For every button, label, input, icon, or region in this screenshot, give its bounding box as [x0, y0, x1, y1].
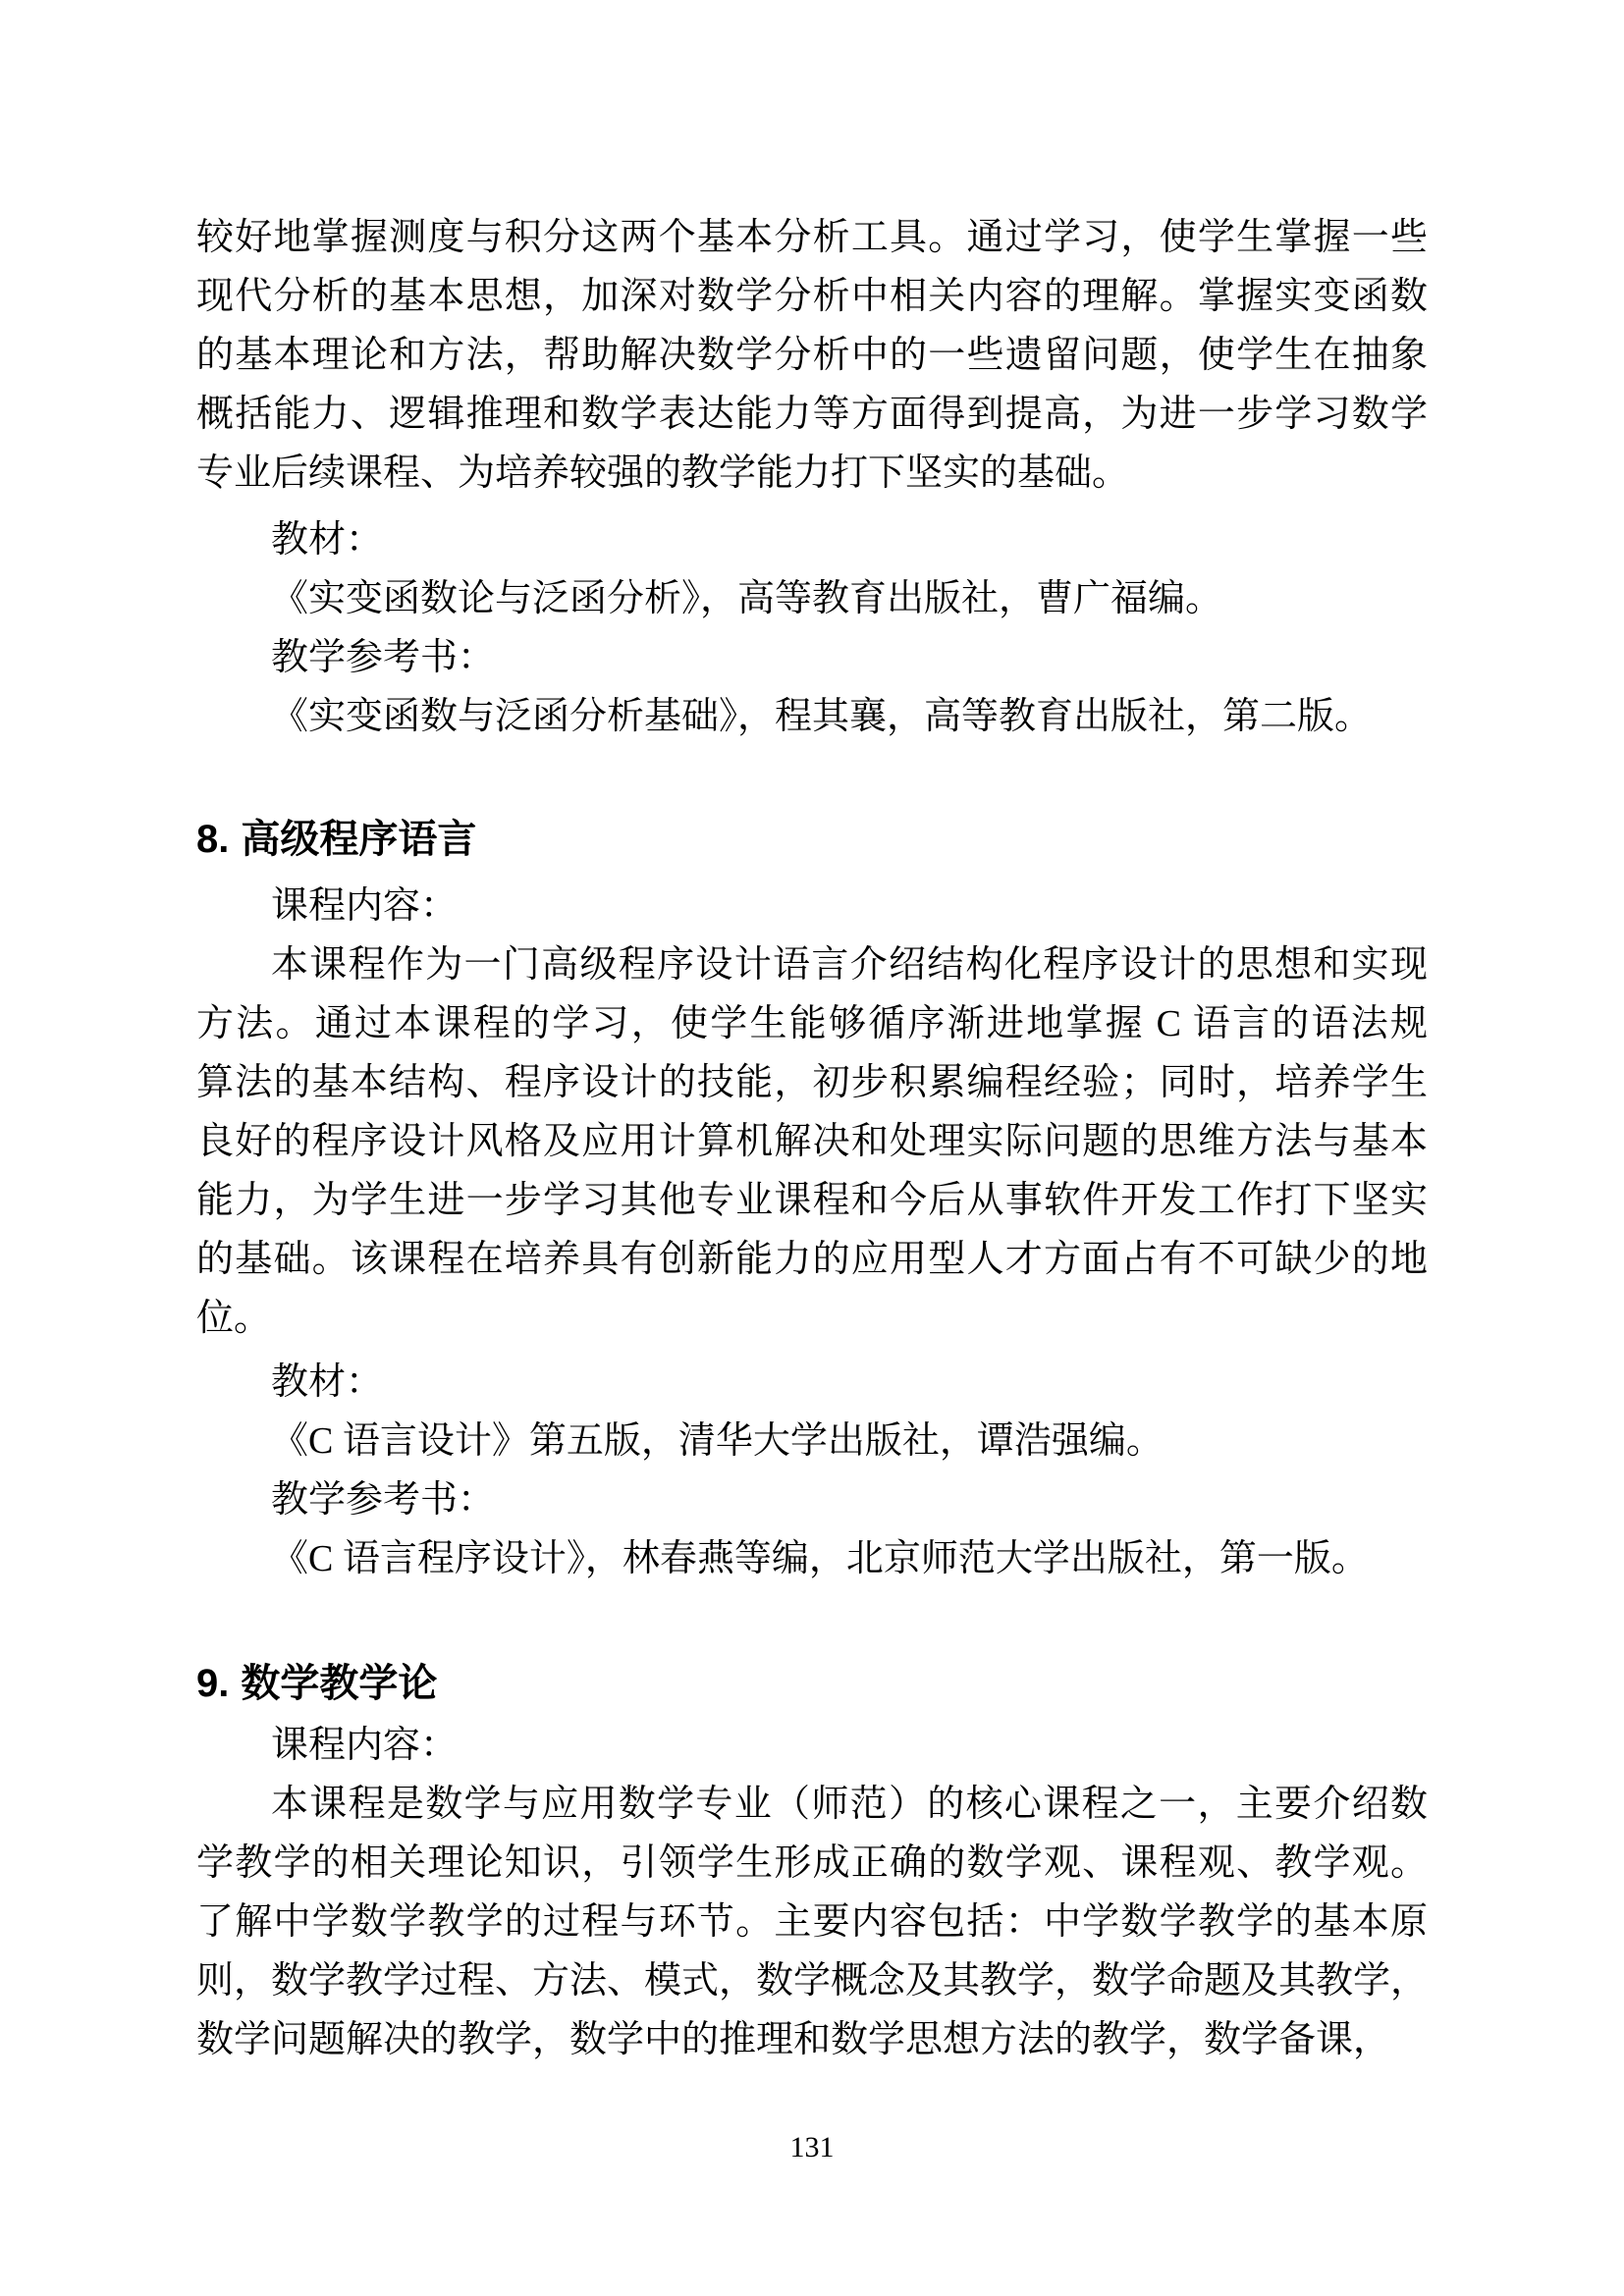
paragraph-line: 能力，为学生进一步学习其他专业课程和今后从事软件开发工作打下坚实: [196, 1171, 1428, 1230]
paragraph-line: 了解中学数学教学的过程与环节。主要内容包括：中学数学教学的基本原: [196, 1893, 1428, 1951]
course-description: 课程内容： 本课程是数学与应用数学专业（师范）的核心课程之一，主要介绍数 学教学…: [196, 1716, 1428, 2069]
section-heading: 9.数学教学论: [196, 1654, 1428, 1713]
course-description: 课程内容： 本课程作为一门高级程序设计语言介绍结构化程序设计的思想和实现 方法。…: [196, 877, 1428, 1348]
textbook-label: 教材：: [196, 510, 1428, 569]
paragraph-line: 学教学的相关理论知识，引领学生形成正确的数学观、课程观、教学观。: [196, 1834, 1428, 1893]
paragraph-line: 良好的程序设计风格及应用计算机解决和处理实际问题的思维方法与基本: [196, 1112, 1428, 1171]
section-title: 高级程序语言: [241, 817, 476, 861]
course-section-7-continued: 较好地掌握测度与积分这两个基本分析工具。通过学习，使学生掌握一些 现代分析的基本…: [196, 208, 1428, 746]
document-page: 较好地掌握测度与积分这两个基本分析工具。通过学习，使学生掌握一些 现代分析的基本…: [0, 0, 1624, 2296]
paragraph-line: 算法的基本结构、程序设计的技能，初步积累编程经验；同时，培养学生: [196, 1053, 1428, 1112]
section-number: 8.: [196, 818, 229, 861]
paragraph-line: 的基础。该课程在培养具有创新能力的应用型人才方面占有不可缺少的地: [196, 1230, 1428, 1289]
reference-label: 教学参考书：: [196, 1470, 1428, 1529]
paragraph-line: 本课程是数学与应用数学专业（师范）的核心课程之一，主要介绍数: [196, 1775, 1428, 1834]
reference-entry: 《C 语言程序设计》，林春燕等编，北京师范大学出版社，第一版。: [196, 1529, 1428, 1588]
textbook-entry: 《C 语言设计》第五版，清华大学出版社，谭浩强编。: [196, 1412, 1428, 1470]
section-number: 9.: [196, 1662, 229, 1705]
page-number: 131: [790, 2131, 835, 2163]
course-materials: 教材： 《C 语言设计》第五版，清华大学出版社，谭浩强编。 教学参考书： 《C …: [196, 1353, 1428, 1588]
textbook-label: 教材：: [196, 1353, 1428, 1412]
section-heading: 8.高级程序语言: [196, 810, 1428, 869]
course-materials: 教材： 《实变函数论与泛函分析》，高等教育出版社，曹广福编。 教学参考书： 《实…: [196, 510, 1428, 746]
paragraph-line: 位。: [196, 1289, 1428, 1348]
course-goal-paragraph: 较好地掌握测度与积分这两个基本分析工具。通过学习，使学生掌握一些 现代分析的基本…: [196, 208, 1428, 503]
paragraph-line: 专业后续课程、为培养较强的教学能力打下坚实的基础。: [196, 444, 1428, 503]
paragraph-line: 数学问题解决的教学，数学中的推理和数学思想方法的教学，数学备课，: [196, 2010, 1428, 2069]
paragraph-line: 较好地掌握测度与积分这两个基本分析工具。通过学习，使学生掌握一些: [196, 208, 1428, 267]
paragraph-line: 的基本理论和方法，帮助解决数学分析中的一些遗留问题，使学生在抽象: [196, 326, 1428, 385]
content-label: 课程内容：: [196, 877, 1428, 935]
page-footer: 131: [0, 2130, 1624, 2165]
page-content: 较好地掌握测度与积分这两个基本分析工具。通过学习，使学生掌握一些 现代分析的基本…: [196, 208, 1428, 2069]
reference-label: 教学参考书：: [196, 628, 1428, 687]
content-label: 课程内容：: [196, 1716, 1428, 1775]
paragraph-line: 方法。通过本课程的学习，使学生能够循序渐进地掌握 C 语言的语法规则、: [196, 994, 1428, 1053]
course-section-8: 8.高级程序语言 课程内容： 本课程作为一门高级程序设计语言介绍结构化程序设计的…: [196, 810, 1428, 1588]
paragraph-line: 现代分析的基本思想，加深对数学分析中相关内容的理解。掌握实变函数: [196, 267, 1428, 326]
textbook-entry: 《实变函数论与泛函分析》，高等教育出版社，曹广福编。: [196, 569, 1428, 628]
paragraph-line: 则，数学教学过程、方法、模式，数学概念及其教学，数学命题及其教学，: [196, 1951, 1428, 2010]
course-section-9: 9.数学教学论 课程内容： 本课程是数学与应用数学专业（师范）的核心课程之一，主…: [196, 1654, 1428, 2069]
paragraph-line: 本课程作为一门高级程序设计语言介绍结构化程序设计的思想和实现: [196, 935, 1428, 994]
paragraph-line: 概括能力、逻辑推理和数学表达能力等方面得到提高，为进一步学习数学: [196, 385, 1428, 444]
reference-entry: 《实变函数与泛函分析基础》，程其襄，高等教育出版社，第二版。: [196, 687, 1428, 746]
section-title: 数学教学论: [241, 1661, 437, 1705]
